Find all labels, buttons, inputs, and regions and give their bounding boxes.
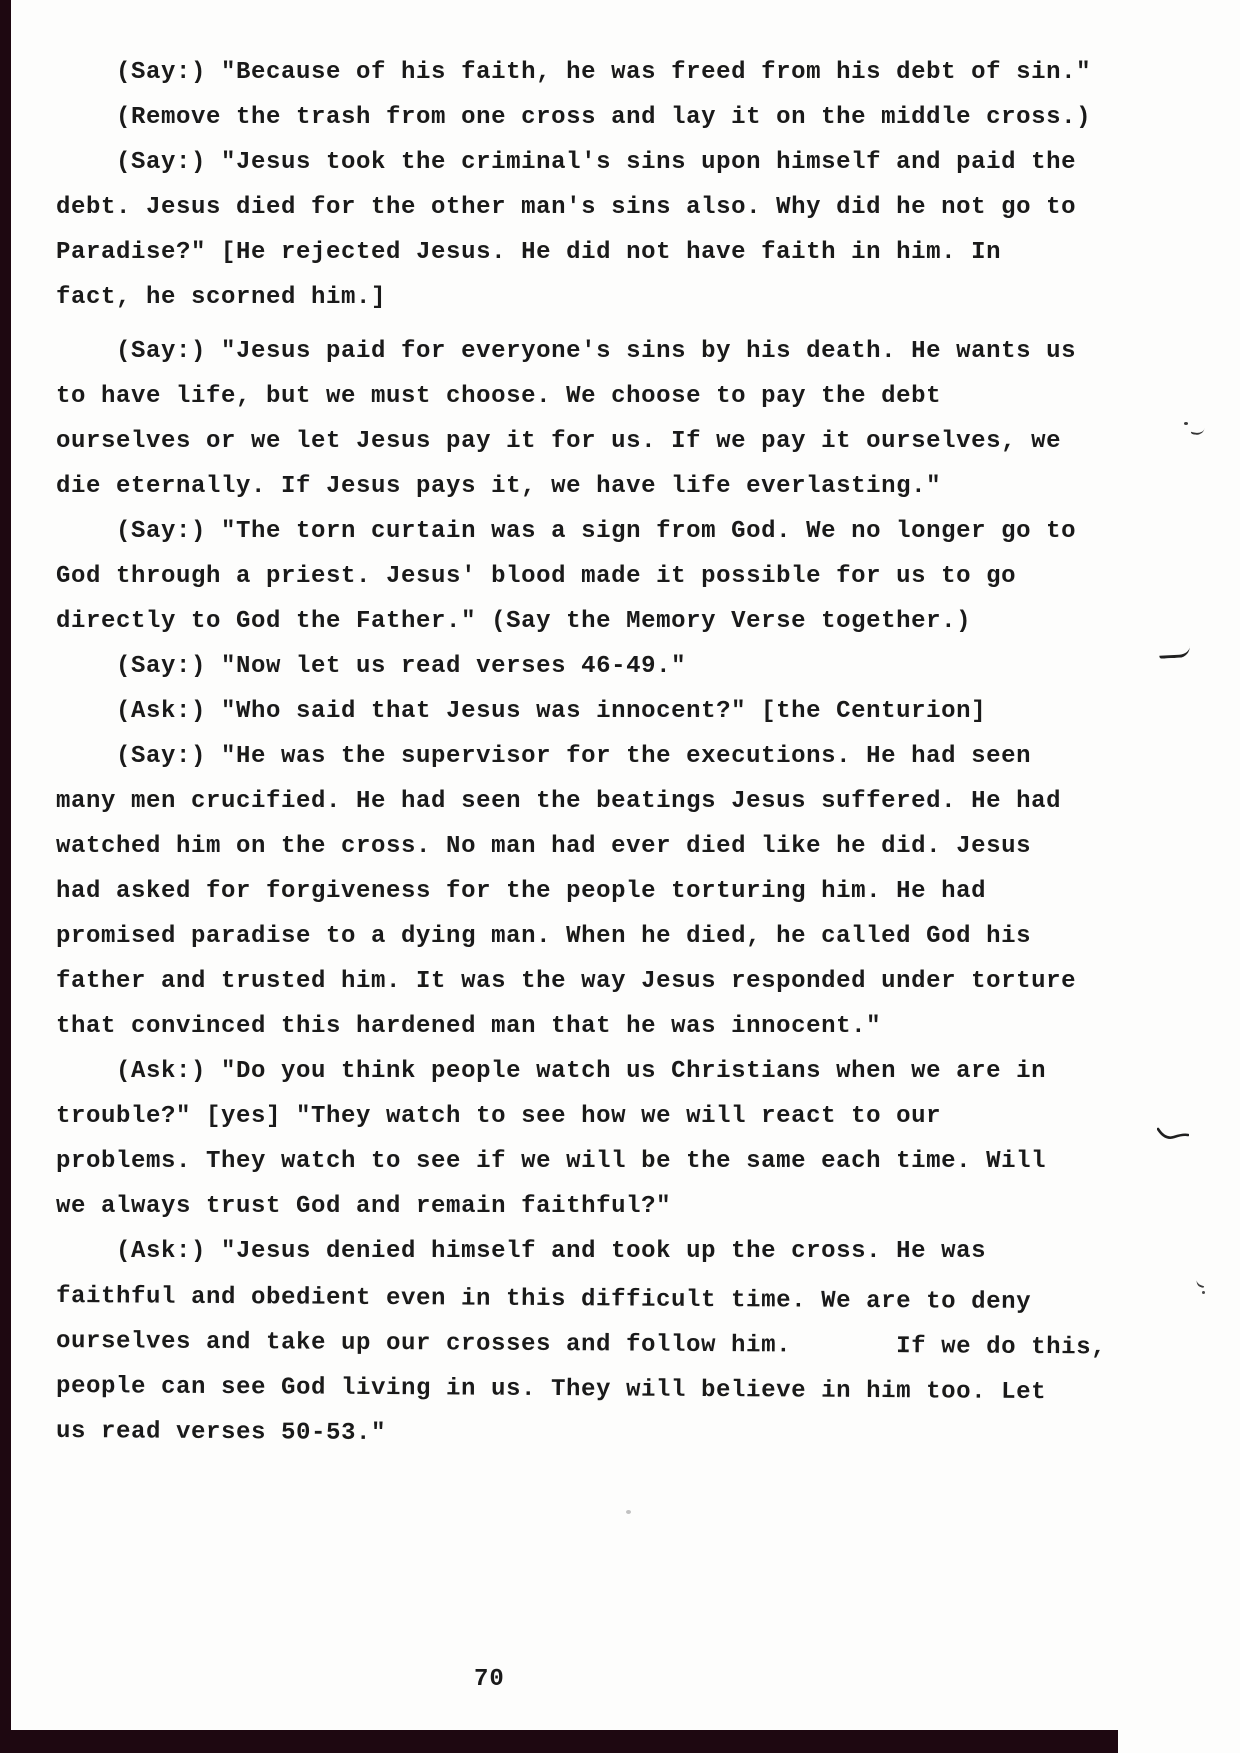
document-lines: (Say:) "Because of his faith, he was fre… [56, 50, 1176, 1454]
scanned-page: (Say:) "Because of his faith, he was fre… [0, 0, 1240, 1753]
text-line: ourselves or we let Jesus pay it for us.… [56, 419, 1176, 464]
text-line: that convinced this hardened man that he… [56, 1004, 1176, 1049]
text-line: (Ask:) "Who said that Jesus was innocent… [56, 689, 1176, 734]
text-line: we always trust God and remain faithful?… [56, 1184, 1176, 1229]
text-line: faithful and obedient even in this diffi… [56, 1274, 1176, 1326]
scan-edge-left [0, 0, 11, 1753]
scan-mark-curve [1190, 426, 1204, 436]
text-line: (Say:) "The torn curtain was a sign from… [56, 509, 1176, 554]
text-line: trouble?" [yes] "They watch to see how w… [56, 1094, 1176, 1139]
text-line: many men crucified. He had seen the beat… [56, 779, 1176, 824]
text-line: to have life, but we must choose. We cho… [56, 374, 1176, 419]
text-line: (Say:) "He was the supervisor for the ex… [56, 734, 1176, 779]
text-line: father and trusted him. It was the way J… [56, 959, 1176, 1004]
text-line: (Ask:) "Jesus denied himself and took up… [56, 1229, 1176, 1274]
text-line: directly to God the Father." (Say the Me… [56, 599, 1176, 644]
text-line: watched him on the cross. No man had eve… [56, 824, 1176, 869]
text-line: (Say:) "Now let us read verses 46-49." [56, 644, 1176, 689]
text-line: God through a priest. Jesus' blood made … [56, 554, 1176, 599]
text-line: fact, he scorned him.] [56, 275, 1176, 320]
text-line: ourselves and take up our crosses and fo… [56, 1319, 1176, 1371]
scan-mark-tick [1195, 1279, 1206, 1288]
scan-mark-squiggle [1157, 1126, 1189, 1142]
text-line: problems. They watch to see if we will b… [56, 1139, 1176, 1184]
scan-mark-dash [1159, 646, 1191, 659]
text-line: us read verses 50-53." [56, 1409, 1176, 1461]
text-line: had asked for forgiveness for the people… [56, 869, 1176, 914]
text-line: (Say:) "Because of his faith, he was fre… [56, 50, 1176, 95]
text-line: (Remove the trash from one cross and lay… [56, 95, 1176, 140]
text-line: (Say:) "Jesus paid for everyone's sins b… [56, 329, 1176, 374]
scan-speck-faint [626, 1510, 631, 1514]
scan-mark-speck [1202, 1291, 1205, 1294]
text-line: (Say:) "Jesus took the criminal's sins u… [56, 140, 1176, 185]
text-line: Paradise?" [He rejected Jesus. He did no… [56, 230, 1176, 275]
text-line: (Ask:) "Do you think people watch us Chr… [56, 1049, 1176, 1094]
scan-edge-bottom [0, 1730, 1118, 1753]
scan-mark-dot [1184, 422, 1188, 425]
text-line: people can see God living in us. They wi… [56, 1364, 1176, 1416]
text-line: die eternally. If Jesus pays it, we have… [56, 464, 1176, 509]
text-line: debt. Jesus died for the other man's sin… [56, 185, 1176, 230]
text-line: promised paradise to a dying man. When h… [56, 914, 1176, 959]
page-number: 70 [474, 1666, 505, 1693]
